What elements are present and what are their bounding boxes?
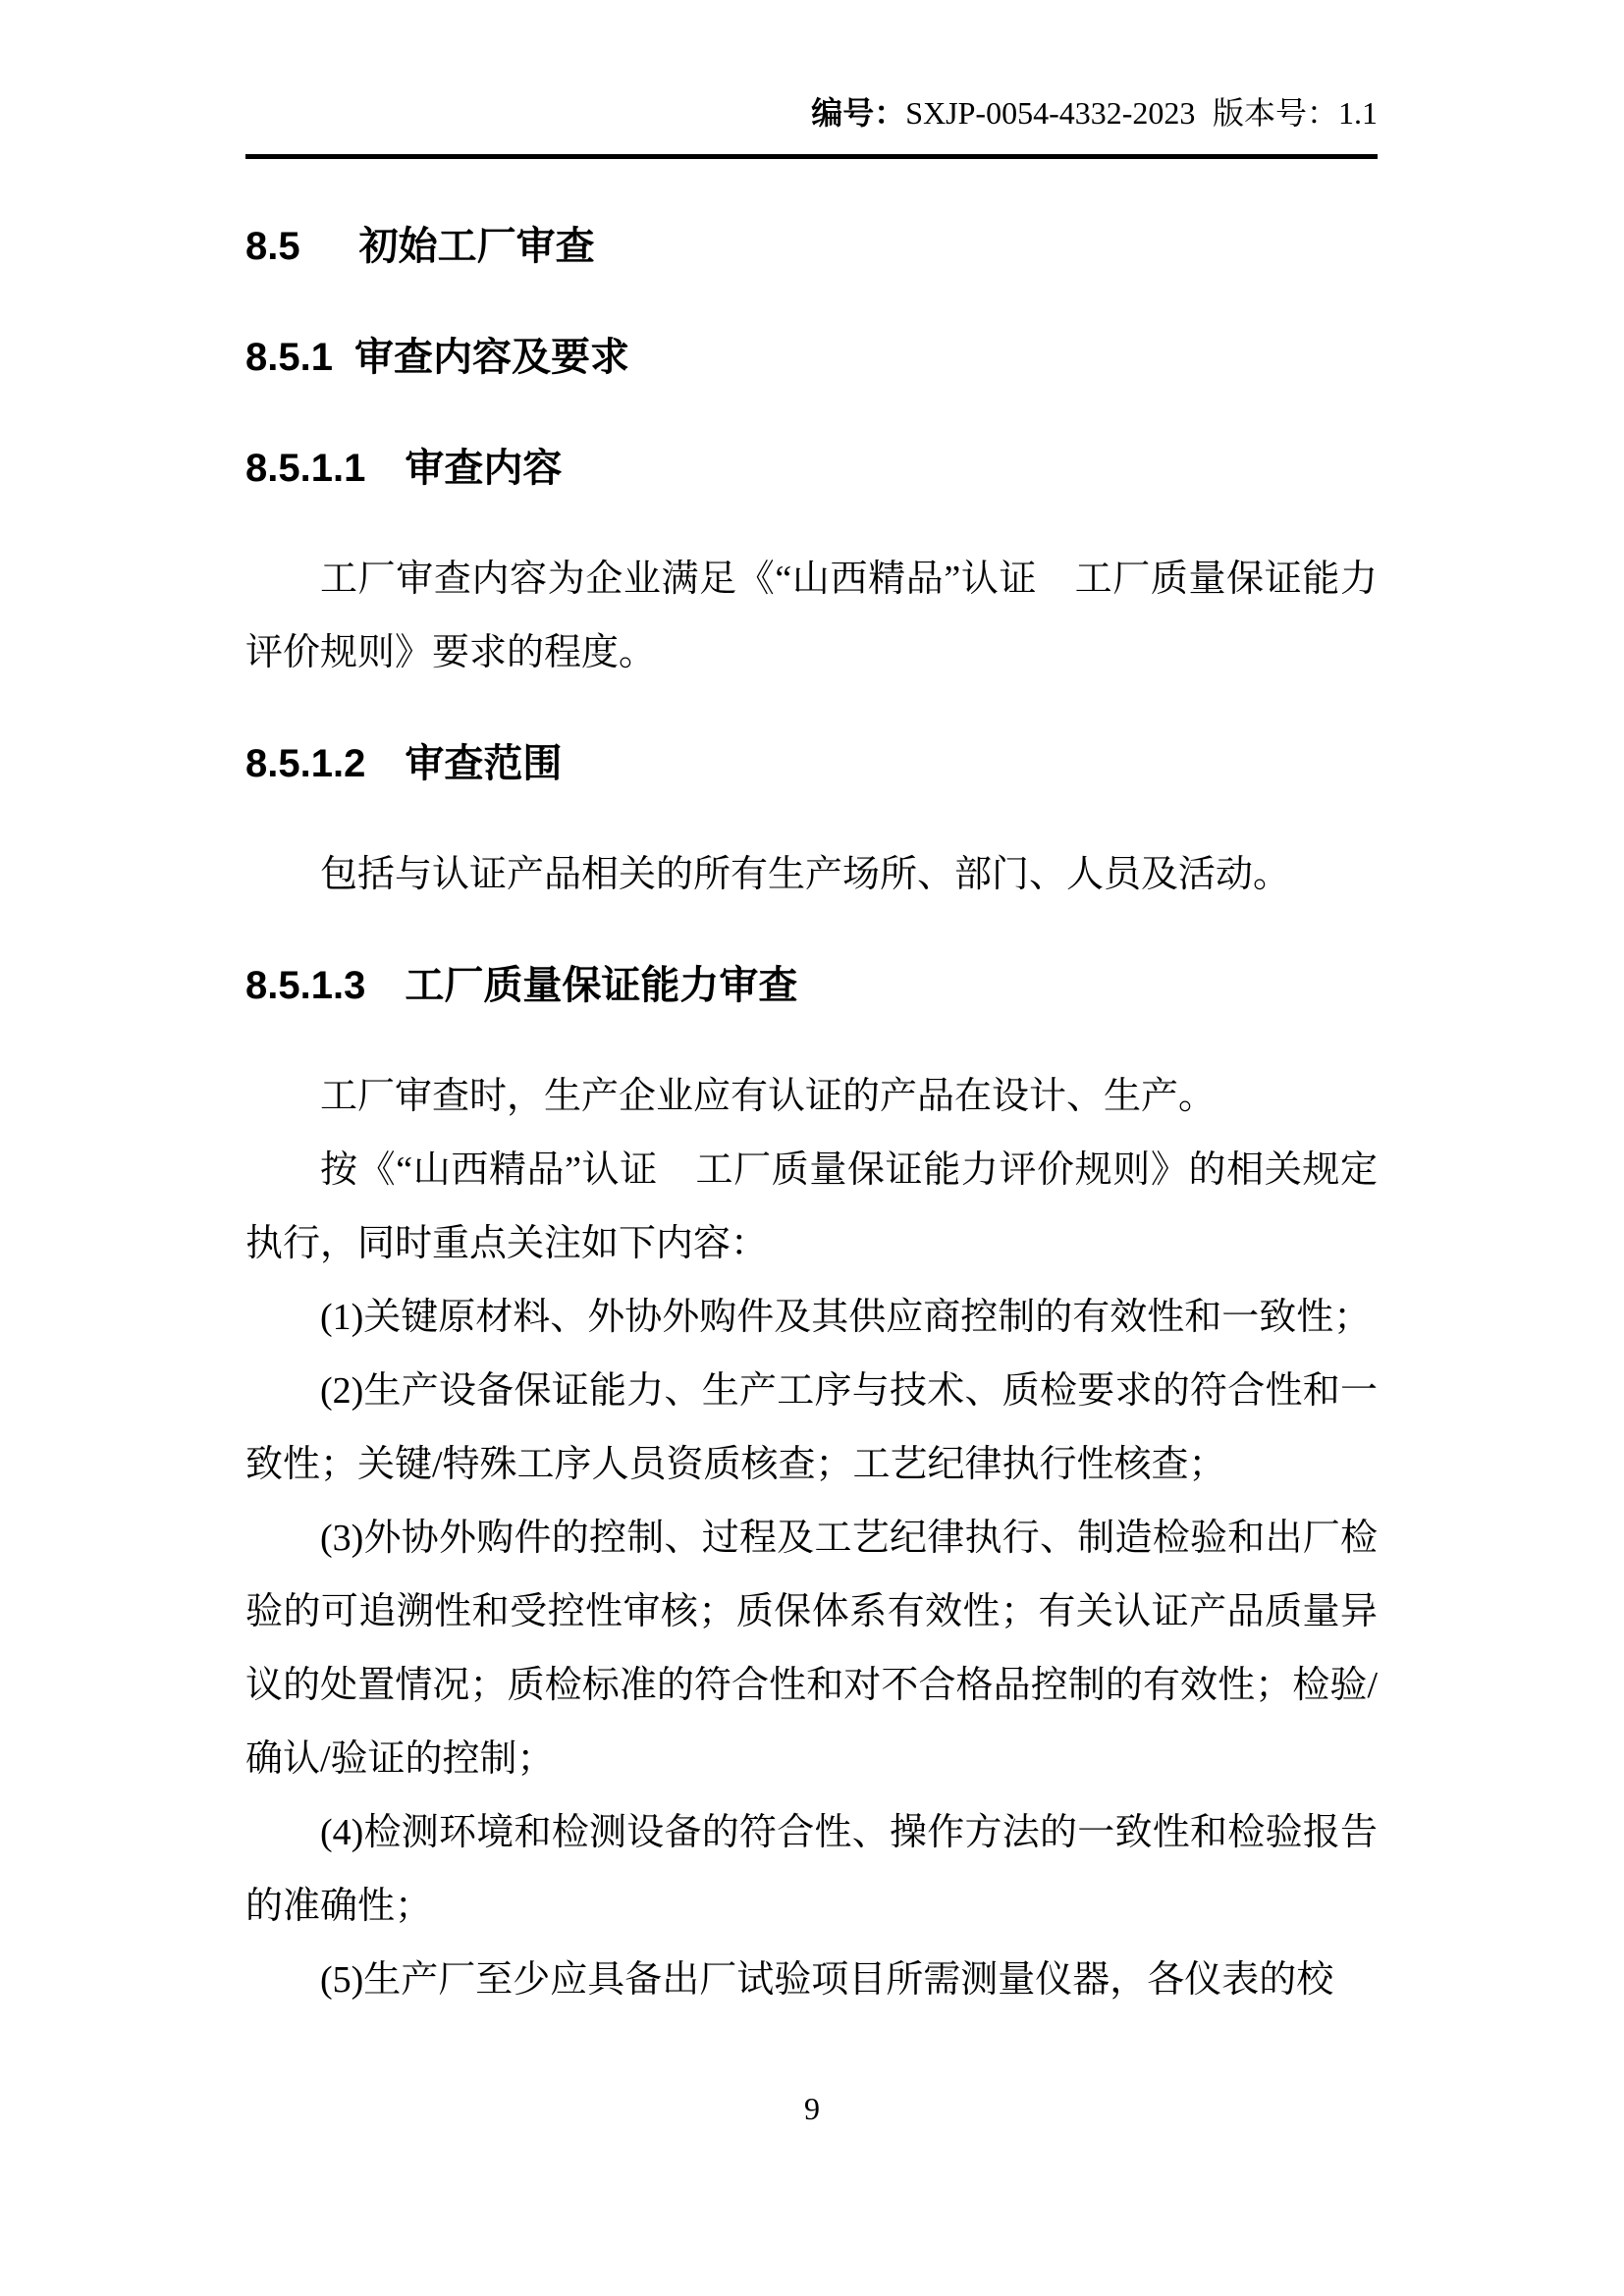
doc-number-label: 编号： bbox=[811, 95, 905, 131]
section-title: 审查范围 bbox=[405, 742, 562, 785]
section-heading-8-5-1-3: 8.5.1.3工厂质量保证能力审查 bbox=[245, 949, 1378, 1023]
document-page: 编号：SXJP-0054-4332-2023版本号：1.1 8.5初始工厂审查 … bbox=[0, 0, 1624, 2296]
paragraph-audit-content: 工厂审查内容为企业满足《“山西精品”认证 工厂质量保证能力评价规则》要求的程度。 bbox=[245, 543, 1378, 690]
document-header: 编号：SXJP-0054-4332-2023版本号：1.1 bbox=[245, 93, 1378, 133]
doc-version-value: 1.1 bbox=[1338, 95, 1378, 131]
section-title: 审查内容及要求 bbox=[354, 336, 629, 379]
section-number: 8.5.1.2 bbox=[245, 727, 365, 801]
section-number: 8.5.1.1 bbox=[245, 432, 365, 506]
section-title: 审查内容 bbox=[405, 447, 562, 490]
section-number: 8.5.1 bbox=[245, 321, 333, 395]
list-item-2: (2)生产设备保证能力、生产工序与技术、质检要求的符合性和一致性；关键/特殊工序… bbox=[245, 1355, 1378, 1502]
section-heading-8-5-1: 8.5.1审查内容及要求 bbox=[245, 321, 1378, 395]
list-item-5: (5)生产厂至少应具备出厂试验项目所需测量仪器，各仪表的校 bbox=[245, 1944, 1378, 2017]
list-item-4: (4)检测环境和检测设备的符合性、操作方法的一致性和检验报告的准确性； bbox=[245, 1796, 1378, 1944]
paragraph-design-production: 工厂审查时，生产企业应有认证的产品在设计、生产。 bbox=[245, 1060, 1378, 1134]
section-heading-8-5-1-1: 8.5.1.1审查内容 bbox=[245, 432, 1378, 506]
section-number: 8.5 bbox=[245, 210, 300, 284]
header-divider bbox=[245, 154, 1378, 159]
section-title: 工厂质量保证能力审查 bbox=[405, 964, 797, 1007]
section-heading-8-5-1-2: 8.5.1.2审查范围 bbox=[245, 727, 1378, 801]
section-heading-8-5: 8.5初始工厂审查 bbox=[245, 210, 1378, 284]
paragraph-audit-scope: 包括与认证产品相关的所有生产场所、部门、人员及活动。 bbox=[245, 838, 1378, 912]
paragraph-follow-rules: 按《“山西精品”认证 工厂质量保证能力评价规则》的相关规定执行，同时重点关注如下… bbox=[245, 1134, 1378, 1281]
page-number: 9 bbox=[0, 2089, 1624, 2128]
section-title: 初始工厂审查 bbox=[359, 225, 595, 268]
section-number: 8.5.1.3 bbox=[245, 949, 365, 1023]
doc-number-value: SXJP-0054-4332-2023 bbox=[905, 95, 1195, 131]
doc-version-label: 版本号： bbox=[1213, 95, 1338, 131]
list-item-3: (3)外协外购件的控制、过程及工艺纪律执行、制造检验和出厂检验的可追溯性和受控性… bbox=[245, 1502, 1378, 1796]
list-item-1: (1)关键原材料、外协外购件及其供应商控制的有效性和一致性； bbox=[245, 1281, 1378, 1355]
